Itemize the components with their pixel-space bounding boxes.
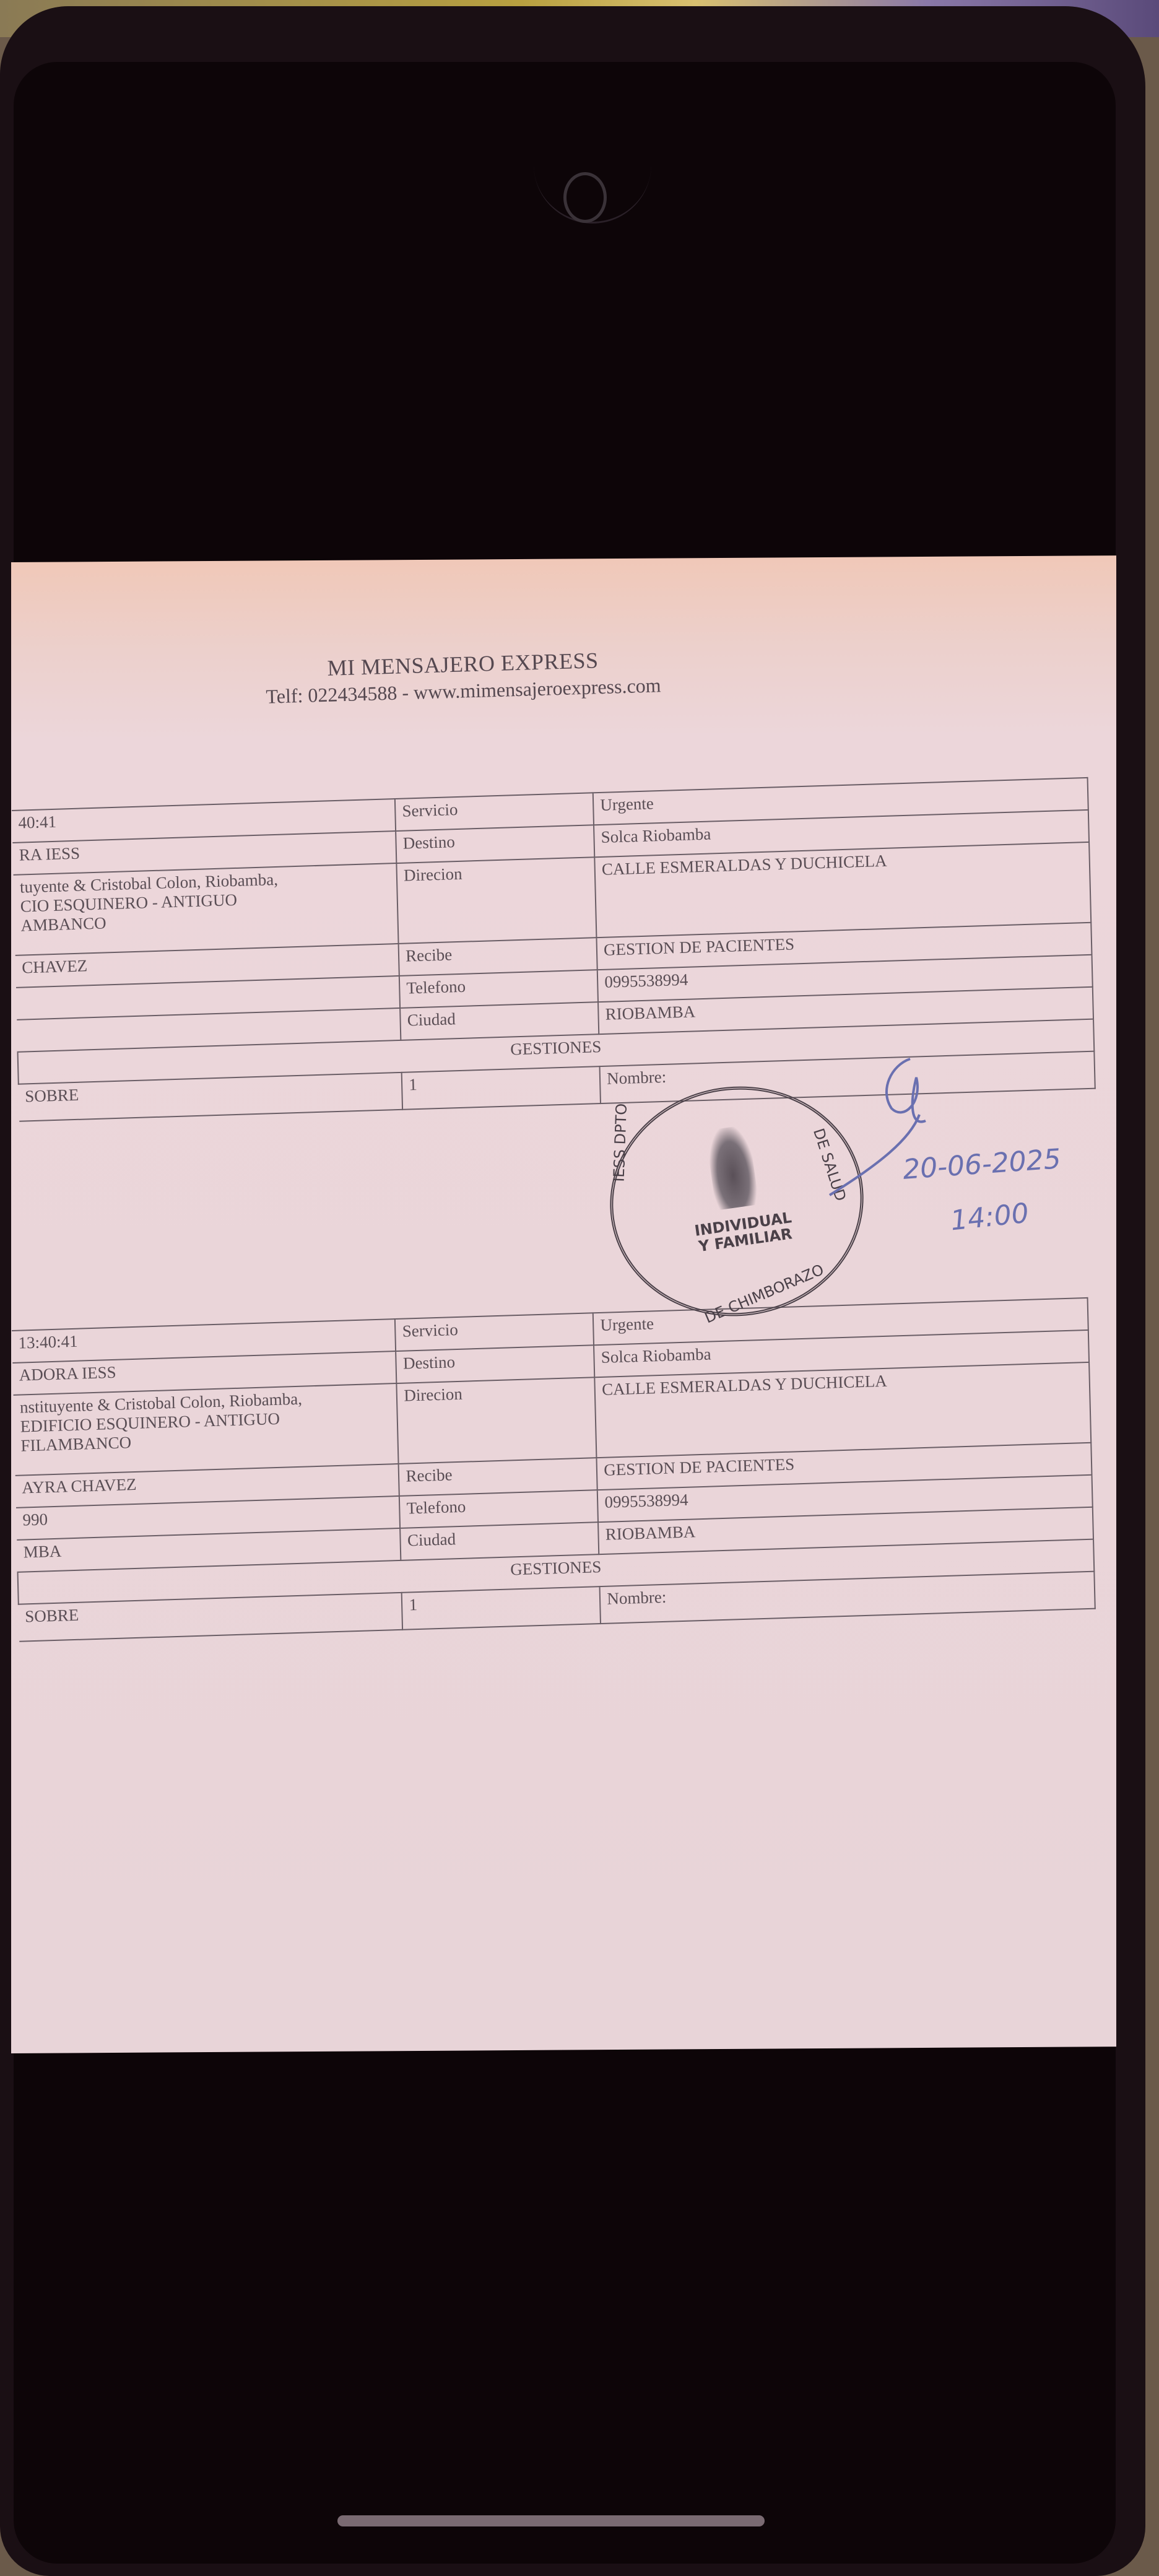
- document-image: MI MENSAJERO EXPRESS Telf: 022434588 - w…: [11, 555, 1116, 2053]
- stamp-emblem-icon: [705, 1125, 759, 1210]
- home-gesture-bar[interactable]: [337, 2515, 765, 2526]
- signature-icon: [817, 1053, 953, 1214]
- slip-left-cell: tuyente & Cristobal Colon, Riobamba, CIO…: [14, 863, 399, 955]
- slip-left-cell: nstituyente & Cristobal Colon, Riobamba,…: [14, 1383, 399, 1476]
- stamp-left-text: IESS DPTO: [610, 1103, 630, 1182]
- field-value: CALLE ESMERALDAS Y DUCHICELA: [595, 1362, 1092, 1458]
- field-value: CALLE ESMERALDAS Y DUCHICELA: [594, 842, 1091, 938]
- slip-table: 13:40:41 Servicio Urgente ADORA IESS Des…: [11, 1297, 1096, 1642]
- field-label: Direcion: [397, 857, 597, 944]
- document-header: MI MENSAJERO EXPRESS Telf: 022434588 - w…: [215, 644, 711, 710]
- stamp-center-text: INDIVIDUAL Y FAMILIAR: [687, 1209, 801, 1256]
- delivery-slip-2: 13:40:41 Servicio Urgente ADORA IESS Des…: [11, 1297, 1096, 1642]
- front-camera-icon: [563, 172, 607, 223]
- gestion-qty: 1: [402, 1586, 601, 1630]
- field-label: Direcion: [397, 1377, 597, 1464]
- gestion-qty: 1: [402, 1066, 601, 1110]
